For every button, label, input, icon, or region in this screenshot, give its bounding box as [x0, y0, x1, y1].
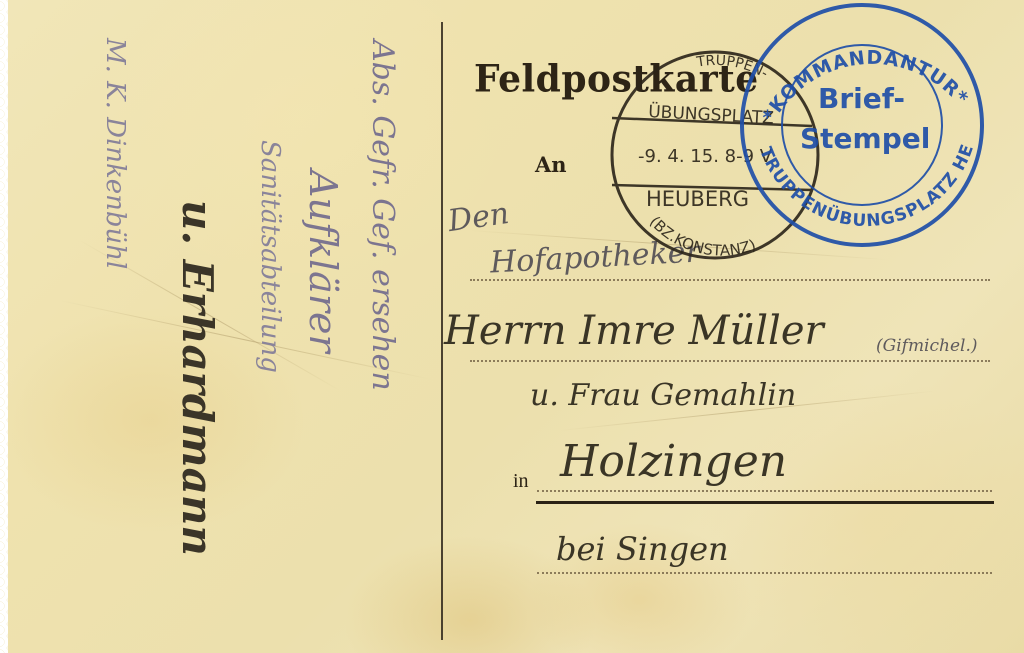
city-underline — [536, 501, 994, 504]
address-line5-text: bei Singen — [556, 530, 729, 568]
postmark-top-line: ÜBUNGSPLATZ — [648, 100, 775, 129]
address-line-3 — [537, 490, 992, 492]
message-line-1: Abs. Gefr. Gef. ersehen — [365, 40, 400, 391]
address-city: Holzingen — [560, 436, 787, 487]
stamp-center-line2: Stempel — [800, 122, 930, 155]
address-line-4 — [537, 572, 992, 574]
blue-stamp — [742, 5, 982, 245]
margin-note-1: M. K. Dinkenbühl — [100, 38, 130, 269]
address-line-1 — [470, 279, 990, 281]
perforated-edge — [0, 0, 8, 653]
address-line-2 — [470, 360, 990, 362]
postmark-date: -9. 4. 15. 8-9 V — [638, 146, 773, 167]
message-line-2: Aufklärer — [301, 170, 345, 353]
in-label: in — [513, 470, 529, 493]
center-divider — [441, 22, 443, 640]
message-line-3: Sanitätsabteilung — [255, 140, 285, 373]
stamp-ring-bottom-text: TRUPPENÜBUNGSPLATZ HEUBERG — [0, 0, 978, 231]
address-note: (Gifmichel.) — [876, 336, 978, 356]
postmark-place: HEUBERG — [646, 187, 749, 211]
message-line-4: u. Erhardmann — [173, 200, 222, 556]
stamp-ring-top-text: *KOMMANDANTUR* — [758, 47, 972, 126]
postcard-title: Feldpostkarte — [474, 57, 759, 101]
postcard: Feldpostkarte An in Den Hofapotheker Her… — [0, 0, 1024, 653]
address-name: Herrn Imre Müller — [444, 308, 824, 354]
address-line3-text: u. Frau Gemahlin — [530, 378, 796, 413]
stamp-ring-bottom: TRUPPENÜBUNGSPLATZ HEUBERG — [0, 0, 978, 231]
to-label: An — [535, 152, 567, 177]
stamp-center-line1: Brief- — [818, 82, 905, 115]
stamp-ring-top: *KOMMANDANTUR* — [758, 47, 972, 126]
address-line1-text: Hofapotheker — [489, 235, 700, 281]
